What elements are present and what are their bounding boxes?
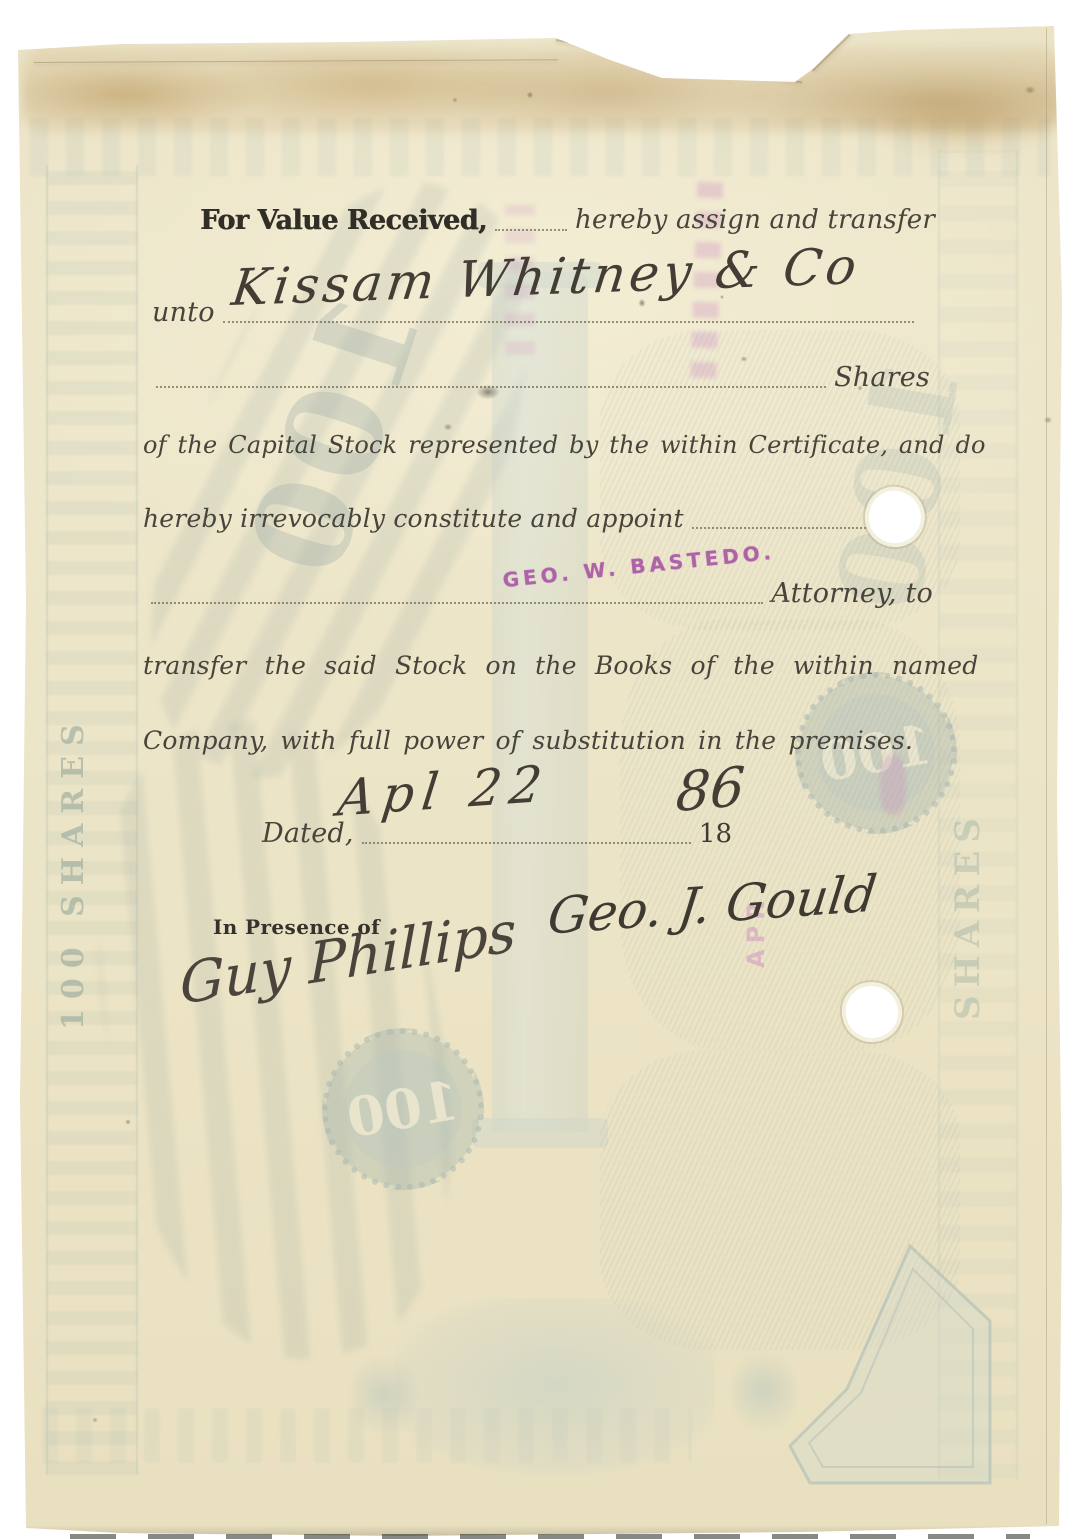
foxing-specks [0, 0, 1080, 1539]
certificate-scan: 100 SHARES SHARES 100 100 100 100 APR [0, 0, 1080, 1539]
certificate-paper: 100 SHARES SHARES 100 100 100 100 APR [0, 0, 1080, 1539]
